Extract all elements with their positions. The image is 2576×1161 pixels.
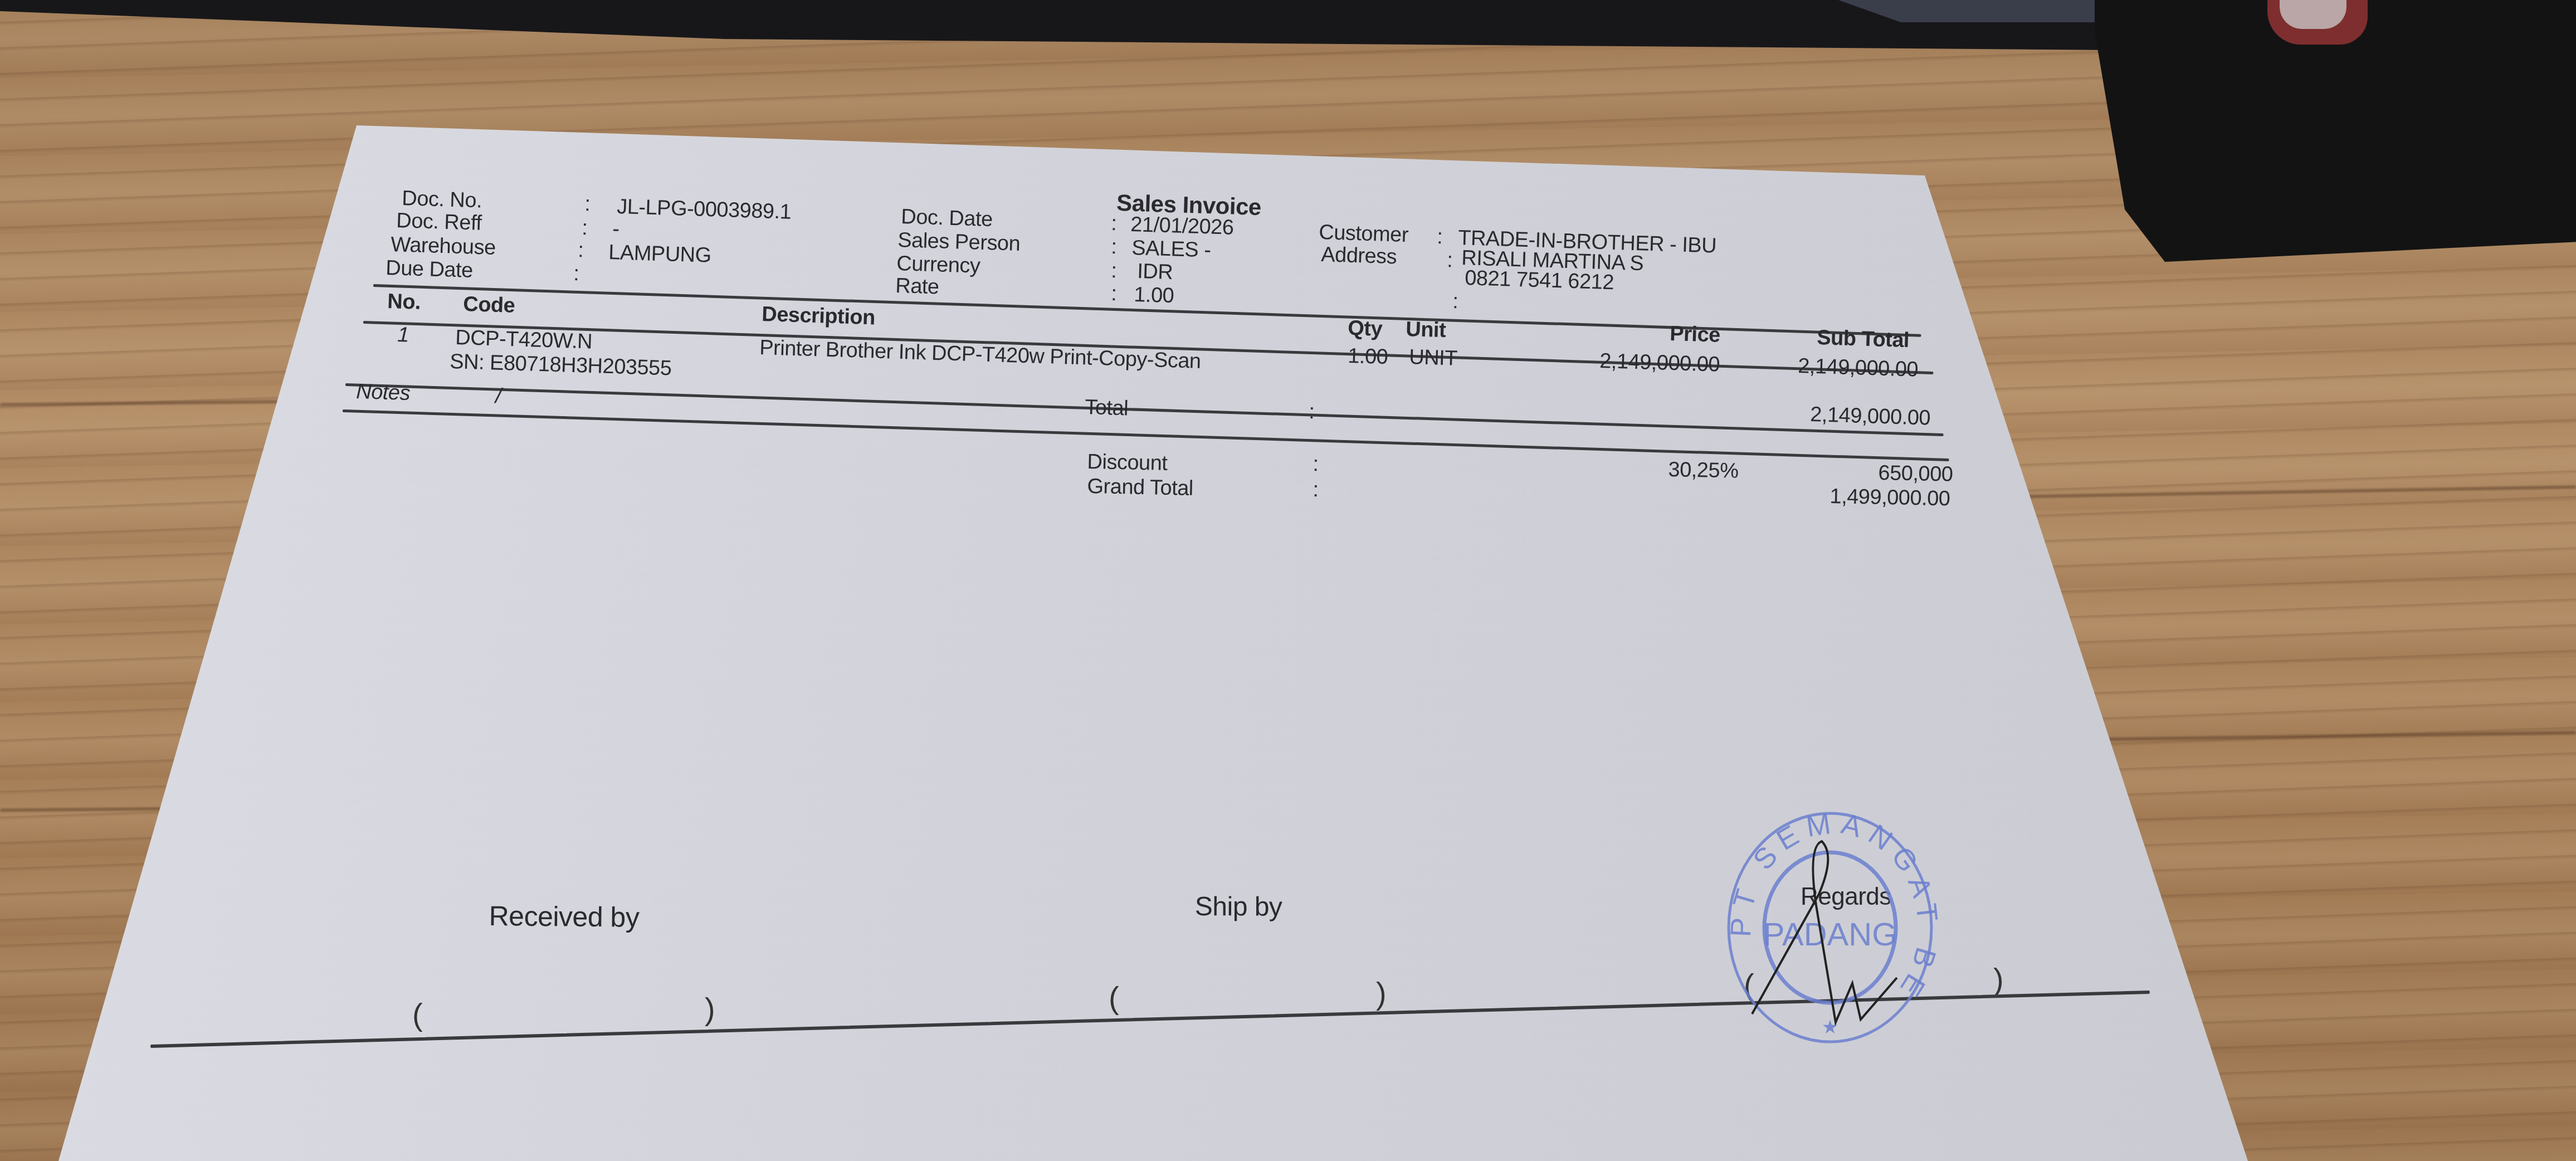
doc-date-sep: : [1111,212,1117,236]
ship-by-close-paren: ) [1376,975,1387,1011]
total-sep: : [1309,400,1315,424]
rate-label: Rate [895,274,940,299]
rate-right-sep: : [1452,290,1458,314]
due-date-label: Due Date [386,256,474,283]
col-qty: Qty [1348,316,1383,342]
col-price: Price [1670,322,1721,348]
currency-sep: : [1111,259,1117,283]
discount-label: Discount [1087,450,1168,476]
item-price: 2,149,000.00 [1599,349,1720,377]
col-no: No. [387,290,421,315]
warehouse-value: LAMPUNG [608,241,712,268]
sales-person-value: SALES - [1131,236,1212,262]
grand-total-sep: : [1313,478,1319,502]
grand-total-value: 1,499,000.00 [1829,485,1950,511]
col-subtotal: Sub Total [1817,326,1910,353]
warehouse-label: Warehouse [391,233,496,260]
sales-person-sep: : [1111,235,1117,259]
rate-value: 1.00 [1134,283,1174,308]
regards-close-paren: ) [1993,961,2004,997]
discount-sep: : [1313,452,1319,476]
stamp-center-text: PADANG [1763,916,1897,953]
doc-reff-label: Doc. Reff [396,209,482,236]
discount-percent: 30,25% [1668,458,1739,484]
item-code: DCP-T420W.N [455,326,593,354]
item-no: 1 [397,323,409,348]
col-description: Description [762,303,876,330]
received-by-close-paren: ) [705,991,715,1027]
notes-value: / [495,384,501,408]
ship-by-open-paren: ( [1109,979,1119,1016]
col-unit: Unit [1406,318,1446,343]
total-value: 2,149,000.00 [1810,403,1931,431]
warehouse-sep: : [578,238,584,262]
doc-no-value: JL-LPG-0003989.1 [617,195,792,225]
due-date-sep: : [573,262,579,286]
item-unit: UNIT [1409,345,1458,371]
doc-reff-sep: : [582,216,588,240]
rate-sep: : [1111,282,1117,306]
currency-value: IDR [1137,260,1173,285]
address-label: Address [1321,243,1397,269]
grand-total-label: Grand Total [1087,475,1193,501]
received-by-open-paren: ( [412,996,423,1032]
ship-by-label: Ship by [1195,891,1282,923]
address-sep: : [1447,248,1453,272]
notes-label: Notes [356,380,411,406]
received-by-label: Received by [489,900,639,934]
doc-date-value: 21/01/2026 [1130,213,1234,240]
discount-value: 650,000 [1878,461,1953,487]
doc-date-label: Doc. Date [901,205,993,232]
doc-reff-value: - [612,217,620,241]
item-qty: 1.00 [1348,344,1388,369]
total-label: Total [1085,396,1129,421]
company-stamp: PT SEMANGAT BERKAT JAYA PADANG ★ [1719,799,1947,1050]
stamp-ring-text: PT SEMANGAT BERKAT JAYA [1719,799,1944,1008]
invoice-content: Sales Invoice Doc. No. : JL-LPG-0003989.… [0,0,2576,1161]
item-subtotal: 2,149,000.00 [1798,354,1919,382]
svg-text:PT SEMANGAT BERKAT JAYA: PT SEMANGAT BERKAT JAYA [1719,799,1944,1008]
customer-sep: : [1437,225,1443,249]
col-code: Code [463,292,515,318]
items-bottom-rule [345,383,1944,436]
address-line-2: 0821 7541 6212 [1465,266,1614,295]
item-serial: SN: E80718H3H203555 [450,350,672,381]
doc-no-sep: : [584,192,591,216]
